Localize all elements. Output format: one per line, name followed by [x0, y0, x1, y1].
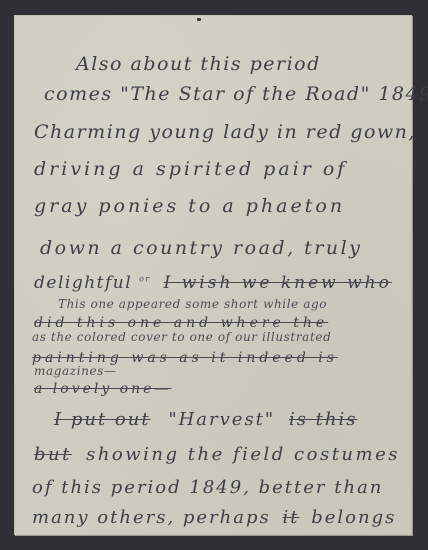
- line-17-text: many others, perhaps: [32, 507, 271, 528]
- line-9-struck: did this one and where the: [34, 315, 328, 331]
- line-7-insertion: or: [139, 274, 151, 283]
- document-viewer: Also about this period comes "The Star o…: [0, 0, 428, 550]
- line-14: I put out "Harvest" is this: [54, 409, 357, 430]
- line-5: gray ponies to a phaeton: [34, 195, 345, 217]
- line-14-text: "Harvest": [168, 409, 275, 430]
- line-15-text: showing the field costumes: [86, 444, 400, 465]
- line-13-struck: a lovely one—: [34, 381, 171, 397]
- line-17-struck: it: [282, 507, 299, 528]
- line-13-struck-text: a lovely one—: [34, 381, 171, 397]
- line-1: Also about this period: [76, 53, 321, 75]
- line-8-insertion: This one appeared some short while ago: [58, 297, 327, 311]
- pin-mark: [197, 18, 201, 21]
- line-15-struck-prefix: but: [34, 444, 72, 465]
- line-9-struck-text: did this one and where the: [34, 315, 328, 331]
- line-12-insertion: magazines—: [34, 364, 117, 378]
- line-4: driving a spirited pair of: [34, 158, 347, 180]
- line-16: of this period 1849, better than: [32, 477, 383, 498]
- line-10-insertion: as the colored cover to one of our illus…: [32, 330, 331, 344]
- line-14-struck-prefix: I put out: [54, 409, 151, 430]
- line-2: comes "The Star of the Road" 1849: [44, 83, 428, 105]
- line-17: many others, perhaps it belongs: [32, 507, 396, 528]
- line-6: down a country road, truly: [40, 237, 362, 259]
- line-17-text-after: belongs: [311, 507, 396, 528]
- line-14-struck-suffix: is this: [289, 409, 358, 430]
- line-15: but showing the field costumes: [34, 444, 400, 465]
- line-7-struck: I wish we knew who: [164, 273, 392, 293]
- line-7: delightful or I wish we knew who: [34, 273, 392, 293]
- manuscript-page: Also about this period comes "The Star o…: [14, 15, 412, 535]
- line-7-text: delightful: [34, 273, 132, 293]
- line-3: Charming young lady in red gown,: [34, 121, 416, 143]
